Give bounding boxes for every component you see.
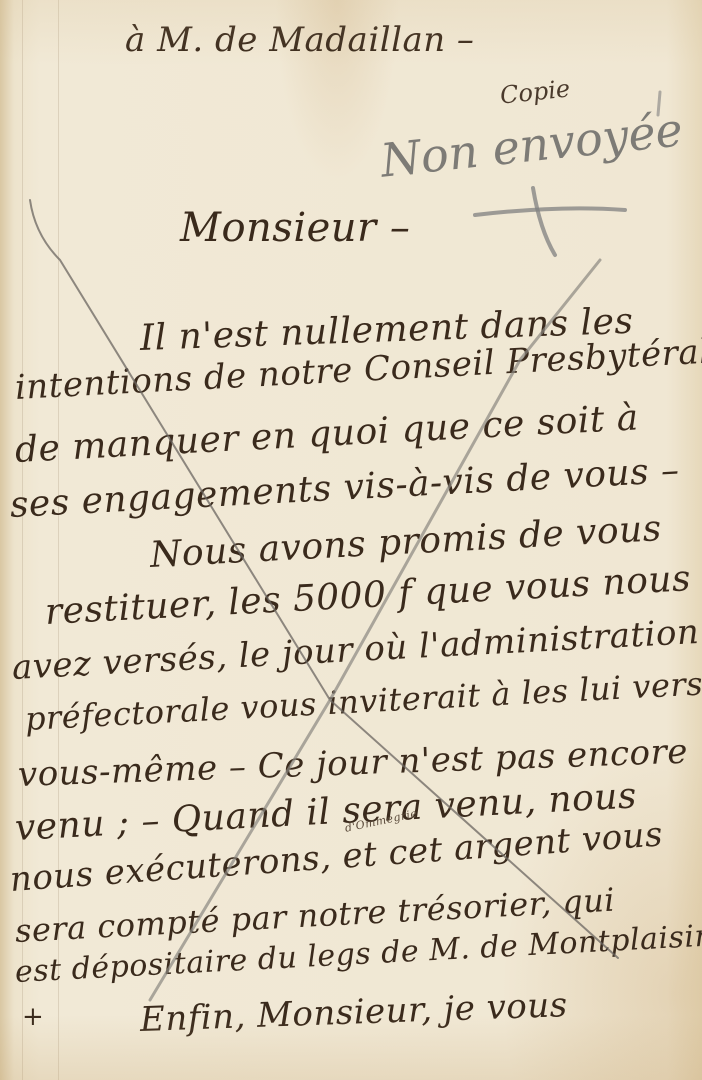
letter-page: à M. de Madaillan – Copie Non envoyée Mo… — [0, 0, 702, 1080]
strike-through-cross-icon — [0, 0, 702, 1080]
